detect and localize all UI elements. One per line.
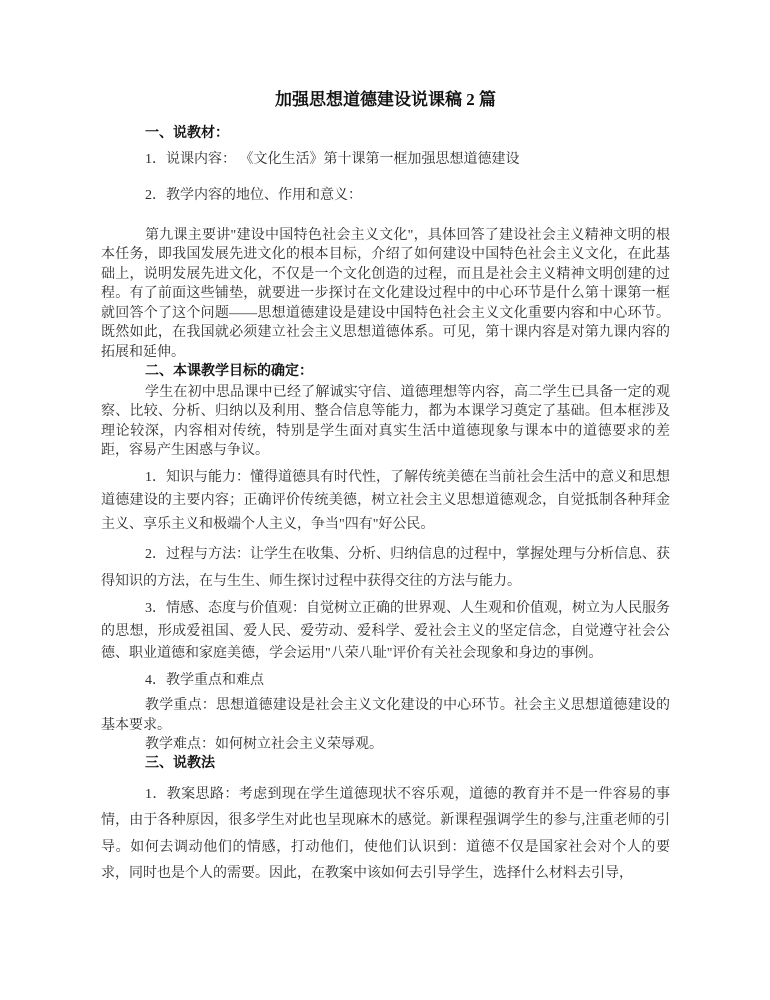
para-lesson-plan-idea: 1．教案思路：考虑到现在学生道德现状不容乐观，道德的教育并不是一件容易的事情，由… [101, 782, 670, 888]
para-lesson-nine-overview: 第九课主要讲"建设中国特色社会主义文化"，具体回答了建设社会主义精神文明的根本任… [101, 226, 670, 363]
para-student-analysis: 学生在初中思品课中已经了解诚实守信、道德理想等内容，高二学生已具备一定的观察、比… [101, 383, 670, 461]
para-teaching-difficult-point: 教学难点：如何树立社会主义荣辱观。 [101, 736, 670, 754]
para-content-role-meaning: 2．教学内容的地位、作用和意义： [101, 186, 670, 206]
document-title: 加强思想道德建设说课稿 2 篇 [101, 88, 670, 112]
para-teaching-key-point: 教学重点：思想道德建设是社会主义文化建设的中心环节。社会主义思想道德建设的基本要… [101, 696, 670, 736]
section-heading-teaching-material: 一、说教材： [101, 124, 670, 144]
para-goal-knowledge-ability: 1．知识与能力：懂得道德具有时代性，了解传统美德在当前社会生活中的意义和思想道德… [101, 466, 670, 537]
section-heading-teaching-goals: 二、本课教学目标的确定： [101, 362, 670, 382]
section-heading-teaching-method: 三、说教法 [101, 754, 670, 774]
para-goal-emotion-values: 3．情感、态度与价值观：自觉树立正确的世界观、人生观和价值观，树立为人民服务的思… [101, 598, 670, 666]
para-key-difficult-points: 4．教学重点和难点 [101, 671, 670, 691]
document-page: 加强思想道德建设说课稿 2 篇 一、说教材： 1．说课内容： 《文化生活》第十课… [0, 0, 770, 1000]
para-lecture-content: 1．说课内容： 《文化生活》第十课第一框加强思想道德建设 [101, 150, 670, 170]
para-goal-process-method: 2．过程与方法：让学生在收集、分析、归纳信息的过程中，掌握处理与分析信息、获得知… [101, 541, 670, 595]
